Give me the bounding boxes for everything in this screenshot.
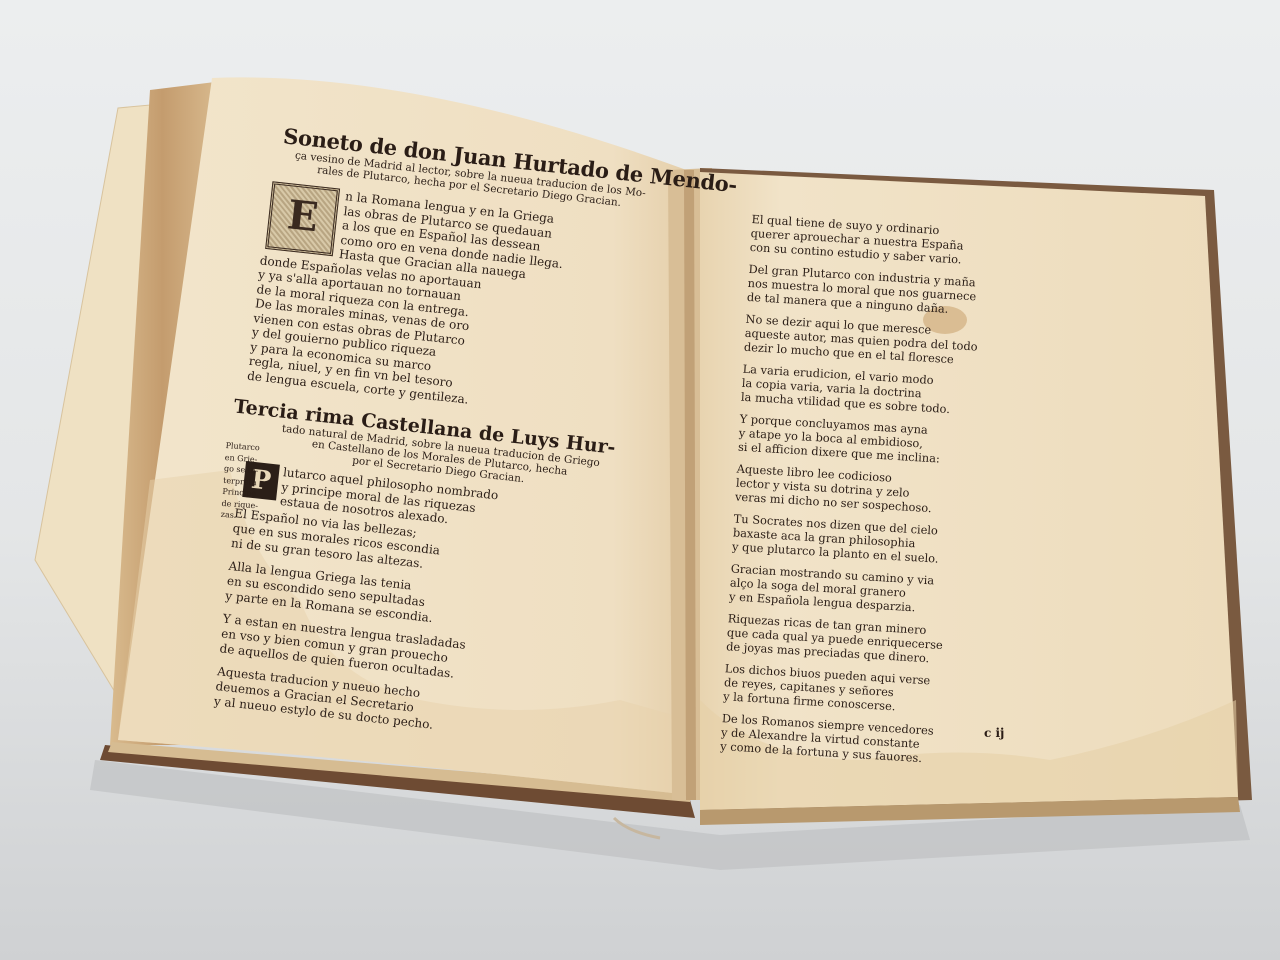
photo-scene: Soneto de don Juan Hurtado de Mendo- ça … [0, 0, 1280, 960]
stanza: De los Romanos siempre vencedores y de A… [720, 711, 982, 768]
tercia-stanzas: El Español no via las bellezas; que en s… [213, 504, 631, 752]
marginal-note: Plutarco en Grie- go se in- terpreta Pri… [220, 440, 272, 524]
sonnet: E n la Romana lengua y en la Griega las … [251, 181, 667, 426]
stanza: Aqueste libro lee codicioso lector y vis… [735, 462, 997, 519]
tercia-poem: P lutarco aquel philosopho nombrado y pr… [219, 461, 636, 751]
stanza: Tu Socrates nos dizen que del cielo baxa… [732, 511, 994, 568]
decorated-initial-e: E [265, 181, 340, 256]
stanza: La varia erudicion, el vario modo la cop… [741, 362, 1003, 419]
stanza: Y porque concluyamos mas ayna y atape yo… [738, 412, 1000, 469]
stanza: Los dichos biuos pueden aqui verse de re… [723, 661, 985, 718]
stanza: Del gran Plutarco con industria y maña n… [747, 262, 1009, 319]
stanza: Riquezas ricas de tan gran minero que ca… [726, 611, 988, 668]
open-book [0, 0, 1280, 960]
stanza: Gracian mostrando su camino y via alço l… [729, 561, 991, 618]
left-page-text: Soneto de don Juan Hurtado de Mendo- ça … [190, 120, 672, 759]
right-page-text: El qual tiene de suyo y ordinario querer… [719, 212, 1011, 776]
page-signature: c ij [984, 726, 1004, 740]
stanza: No se dezir aqui lo que meresce aqueste … [744, 312, 1006, 369]
